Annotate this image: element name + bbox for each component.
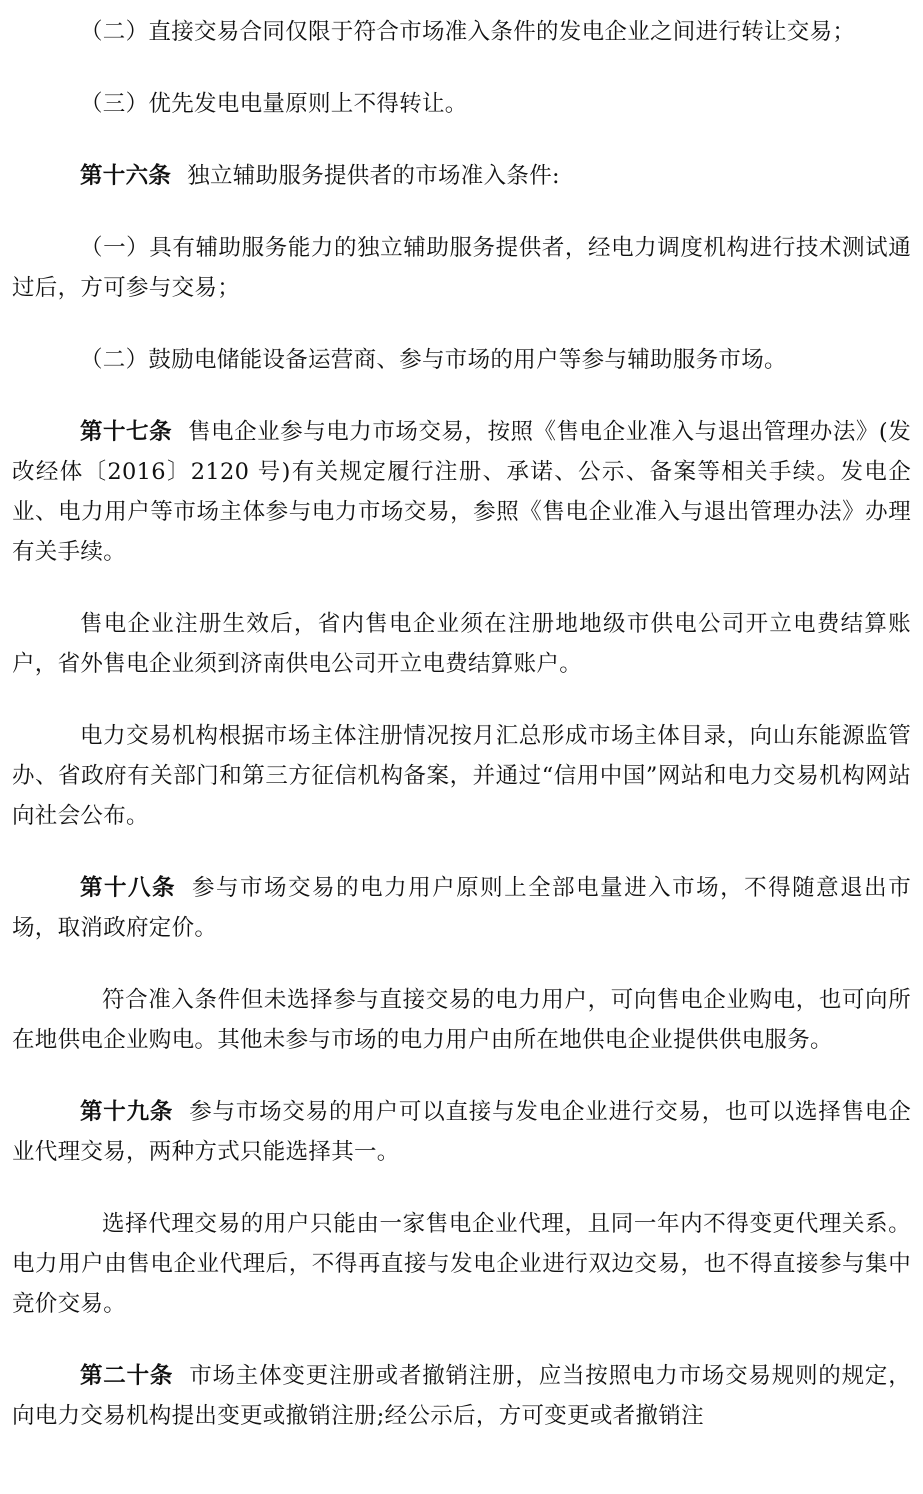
paragraph-19-agent: 选择代理交易的用户只能由一家售电企业代理，且同一年内不得变更代理关系。电力用户由… xyxy=(12,1204,911,1324)
paragraph-16-item-2: （二）鼓励电储能设备运营商、参与市场的用户等参与辅助服务市场。 xyxy=(12,340,911,380)
paragraph-text: 符合准入条件但未选择参与直接交易的电力用户，可向售电企业购电，也可向所在地供电企… xyxy=(12,987,911,1053)
paragraph-17-registration: 售电企业注册生效后，省内售电企业须在注册地地级市供电公司开立电费结算账户，省外售… xyxy=(12,604,911,684)
article-17: 第十七条售电企业参与电力市场交易，按照《售电企业准入与退出管理办法》(发改经体〔… xyxy=(12,412,911,572)
paragraph-16-item-1: （一）具有辅助服务能力的独立辅助服务提供者，经电力调度机构进行技术测试通过后，方… xyxy=(12,228,911,308)
article-heading: 第十八条 xyxy=(80,875,176,901)
article-heading: 第十九条 xyxy=(80,1099,173,1125)
article-heading: 第二十条 xyxy=(80,1363,173,1389)
paragraph-text: 选择代理交易的用户只能由一家售电企业代理，且同一年内不得变更代理关系。电力用户由… xyxy=(12,1211,911,1317)
paragraph-17-directory: 电力交易机构根据市场主体注册情况按月汇总形成市场主体目录，向山东能源监管办、省政… xyxy=(12,716,911,836)
article-20: 第二十条市场主体变更注册或者撤销注册，应当按照电力市场交易规则的规定，向电力交易… xyxy=(12,1356,911,1436)
article-heading: 第十七条 xyxy=(80,419,172,445)
paragraph-item-3-priority: （三）优先发电电量原则上不得转让。 xyxy=(12,84,911,124)
paragraph-text: （三）优先发电电量原则上不得转让。 xyxy=(80,91,468,117)
document-page: （二）直接交易合同仅限于符合市场准入条件的发电企业之间进行转让交易； （三）优先… xyxy=(0,0,923,1436)
paragraph-text: （二）直接交易合同仅限于符合市场准入条件的发电企业之间进行转让交易； xyxy=(80,19,855,45)
paragraph-text: 售电企业注册生效后，省内售电企业须在注册地地级市供电公司开立电费结算账户，省外售… xyxy=(12,611,911,677)
article-heading: 第十六条 xyxy=(80,163,171,189)
article-19: 第十九条参与市场交易的用户可以直接与发电企业进行交易，也可以选择售电企业代理交易… xyxy=(12,1092,911,1172)
paragraph-text: （一）具有辅助服务能力的独立辅助服务提供者，经电力调度机构进行技术测试通过后，方… xyxy=(12,235,911,301)
article-16: 第十六条独立辅助服务提供者的市场准入条件: xyxy=(12,156,911,196)
paragraph-text: 独立辅助服务提供者的市场准入条件: xyxy=(187,163,560,189)
paragraph-item-2-transfer: （二）直接交易合同仅限于符合市场准入条件的发电企业之间进行转让交易； xyxy=(12,12,911,52)
paragraph-18-eligible-users: 符合准入条件但未选择参与直接交易的电力用户，可向售电企业购电，也可向所在地供电企… xyxy=(12,980,911,1060)
paragraph-text: 电力交易机构根据市场主体注册情况按月汇总形成市场主体目录，向山东能源监管办、省政… xyxy=(12,723,911,829)
paragraph-text: （二）鼓励电储能设备运营商、参与市场的用户等参与辅助服务市场。 xyxy=(80,347,787,373)
article-18: 第十八条参与市场交易的电力用户原则上全部电量进入市场，不得随意退出市场，取消政府… xyxy=(12,868,911,948)
